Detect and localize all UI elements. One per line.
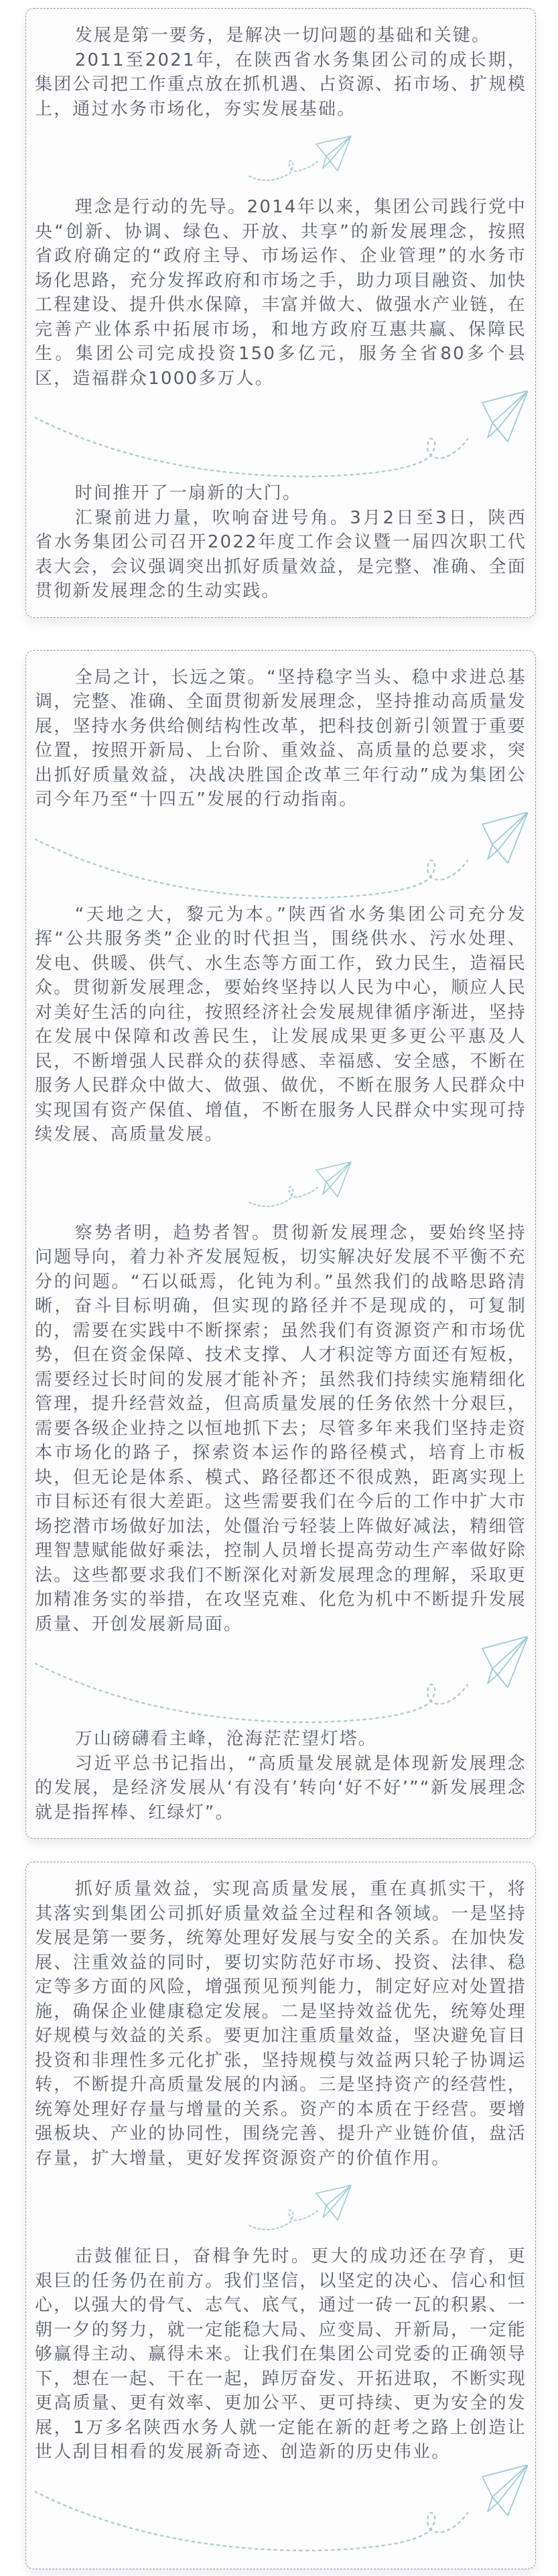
article-paragraph: 全局之计，长远之策。“坚持稳字当头、稳中求进总基调，完整、准确、全面贯彻新发展理… [35,665,527,812]
article-paragraph: 万山磅礴看主峰，沧海茫茫望灯塔。 [35,1727,527,1752]
article-paragraph: 击鼓催征日，奋楫争先时。更大的成功还在孕育，更艰巨的任务仍在前方。我们坚信，以坚… [35,2244,527,2465]
paper-plane-small-icon [236,2183,356,2236]
paper-plane-divider [35,2171,527,2244]
paper-plane-divider [35,1636,527,1727]
paper-plane-divider [35,121,527,195]
article-paragraph: 发展是第一要务，是解决一切问题的基础和关键。 [35,23,527,48]
article-paragraph: 理念是行动的先导。2014年以来，集团公司践行党中央“创新、协调、绿色、开放、共… [35,195,527,391]
paper-plane-wide-icon [35,2465,528,2555]
paper-plane-wide-icon [35,1636,528,1727]
paper-plane-divider [35,812,527,903]
paper-plane-wide-icon [35,812,528,903]
article-paragraph: 察势者明，趋势者智。贯彻新发展理念，要始终坚持问题导向，着力补齐发展短板，切实解… [35,1221,527,1637]
article-paragraph: 习近平总书记指出，“高质量发展就是体现新发展理念的发展，是经济发展从‘有没有’转… [35,1752,527,1825]
paper-plane-divider [35,2465,527,2555]
paper-plane-small-icon [236,1159,356,1213]
article-paragraph: 抓好质量效益，实现高质量发展，重在真抓实干，将其落实到集团公司抓好质量效益全过程… [35,1877,527,2171]
article-paragraph: 汇聚前进力量，吹响奋进号角。3月2日至3日，陕西省水务集团公司召开2022年度工… [35,506,527,604]
content-card: 全局之计，长远之策。“坚持稳字当头、稳中求进总基调，完整、准确、全面贯彻新发展理… [25,650,536,1840]
paper-plane-divider [35,1147,527,1221]
article-paragraph: 时间推开了一扇新的大门。 [35,481,527,506]
content-card: 抓好质量效益，实现高质量发展，重在真抓实干，将其落实到集团公司抓好质量效益全过程… [25,1862,536,2569]
article-paragraph: “天地之大，黎元为本。”陕西省水务集团公司充分发挥“公共服务类”企业的时代担当，… [35,903,527,1147]
content-card: 发展是第一要务，是解决一切问题的基础和关键。2011至2021年，在陕西省水务集… [25,8,536,618]
article-page: 发展是第一要务，是解决一切问题的基础和关键。2011至2021年，在陕西省水务集… [0,0,558,2576]
paper-plane-wide-icon [35,391,528,481]
paper-plane-divider [35,391,527,481]
article-paragraph: 2011至2021年，在陕西省水务集团公司的成长期，集团公司把工作重点放在抓机遇… [35,48,527,122]
paper-plane-small-icon [236,133,356,187]
